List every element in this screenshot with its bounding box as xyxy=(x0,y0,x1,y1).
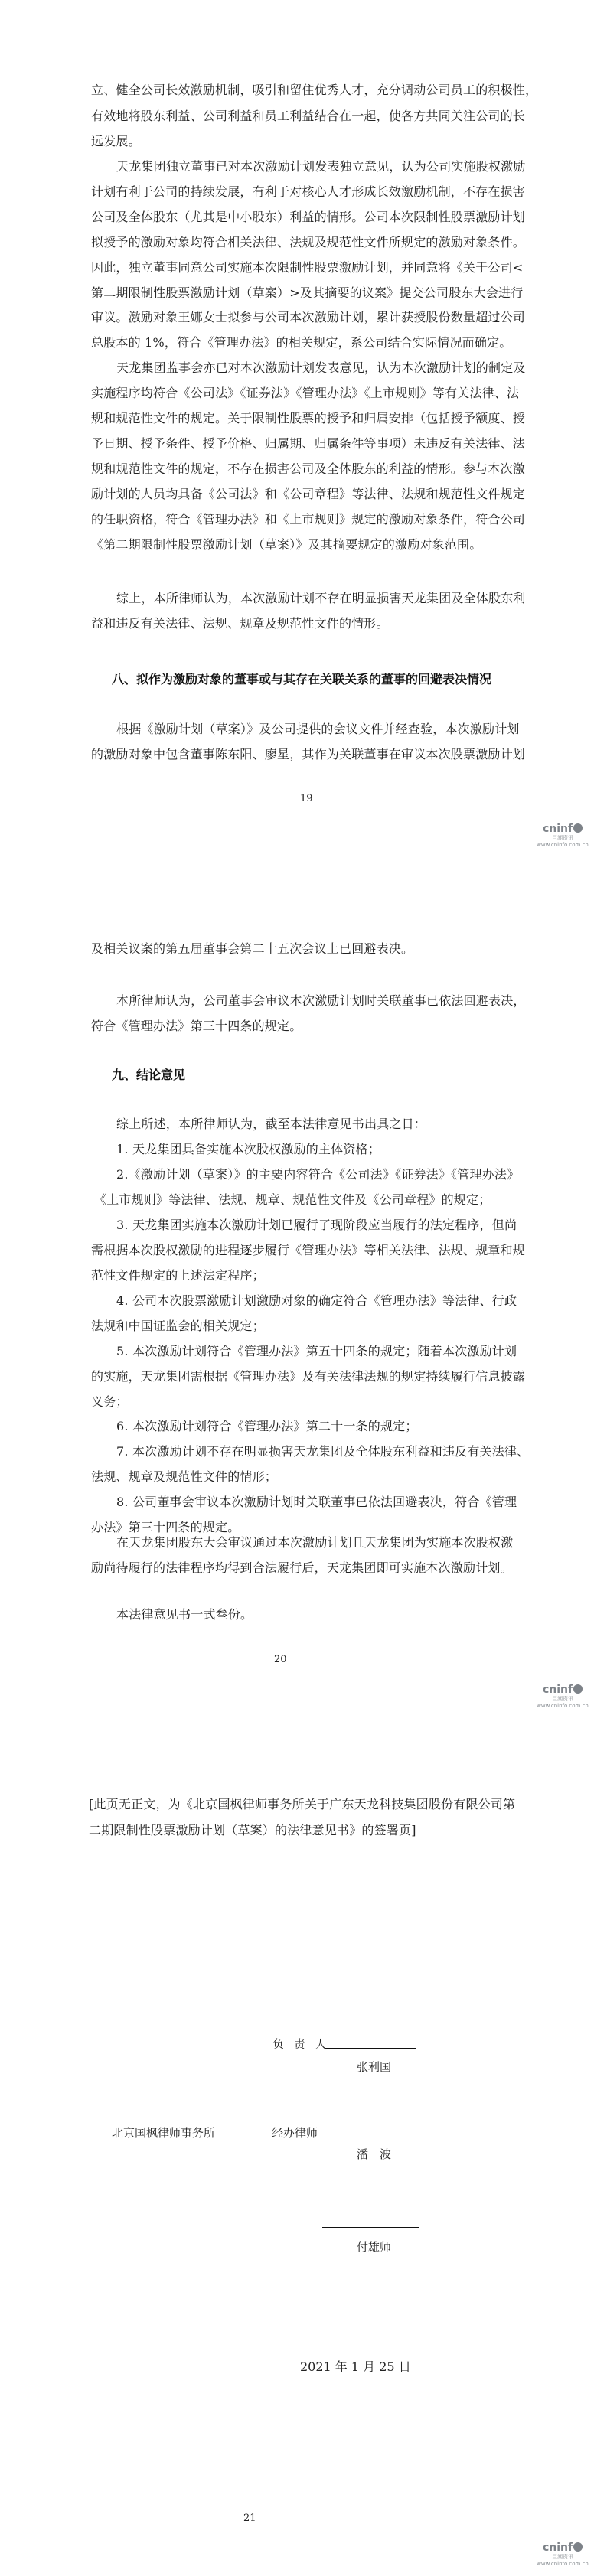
responsible-person-label: 负 责 人 xyxy=(272,2036,330,2052)
body-text-line: 计划有利于公司的持续发展，有利于对核心人才形成长效激励机制，不存在损害 xyxy=(91,184,511,200)
conclusion-item-line: 法规、规章及规范性文件的情形； xyxy=(91,1469,511,1485)
body-text-line: 有效地将股东利益、公司利益和员工利益结合在一起，使各方共同关注公司的长 xyxy=(91,109,511,124)
body-text-line: 审议。激励对象王娜女士拟参与公司本次激励计划，累计获授股份数量超过公司 xyxy=(91,310,511,325)
watermark-chinese: 巨潮资讯 xyxy=(521,835,605,842)
page-number: 20 xyxy=(274,1654,287,1665)
body-text-line: 远发展。 xyxy=(91,134,511,149)
body-text-line: 益和违反有关法律、法规、规章及规范性文件的情形。 xyxy=(91,616,511,631)
body-text-line: 根据《激励计划（草案）》及公司提供的会议文件并经查验，本次激励计划 xyxy=(116,722,511,737)
body-text-line: 规和规范性文件的规定。关于限制性股票的授予和归属安排（包括授予额度、授 xyxy=(91,411,511,426)
body-text-line: 及相关议案的第五届董事会第二十五次会议上已回避表决。 xyxy=(91,941,511,957)
conclusion-item-line: 2.《激励计划（草案）》的主要内容符合《公司法》《证券法》《管理办法》 xyxy=(116,1167,511,1182)
body-text-line: 予日期、授予条件、授予价格、归属期、归属条件等事项）未违反有关法律、法 xyxy=(91,436,511,452)
conclusion-item-line: 在天龙集团股东大会审议通过本次激励计划且天龙集团为实施本次股权激 xyxy=(116,1535,511,1550)
conclusion-item-line: 3. 天龙集团实施本次激励计划已履行了现阶段应当履行的法定程序，但尚 xyxy=(116,1218,511,1233)
body-text-line: 的激励对象中包含董事陈东阳、廖星，其作为关联董事在审议本次股票激励计划 xyxy=(91,747,511,762)
signature-note-line: 二期限制性股票激励计划（草案）的法律意见书》的签署页] xyxy=(89,1823,508,1838)
law-firm-name: 北京国枫律师事务所 xyxy=(112,2124,215,2141)
signature-line xyxy=(325,2137,416,2137)
cninfo-logo-icon: cninf xyxy=(521,2542,605,2554)
body-text-line: 因此，独立董事同意公司实施本次限制性股票激励计划，并同意将《关于公司< xyxy=(91,260,511,276)
body-text-line: 综上所述，本所律师认为，截至本法律意见书出具之日： xyxy=(116,1117,511,1132)
watermark-brand: cninf xyxy=(543,2542,573,2554)
body-text-line: 公司及全体股东（尤其是中小股东）利益的情形。公司本次限制性股票激励计划 xyxy=(91,210,511,225)
body-text-line: 本所律师认为，公司董事会审议本次激励计划时关联董事已依法回避表决， xyxy=(116,993,511,1009)
cninfo-watermark: cninf 巨潮资讯 www.cninfo.com.cn xyxy=(521,2542,605,2568)
responsible-person-name: 张利国 xyxy=(357,2059,391,2075)
signature-note-line: [此页无正文，为《北京国枫律师事务所关于广东天龙科技集团股份有限公司第 xyxy=(89,1797,508,1812)
watermark-chinese: 巨潮资讯 xyxy=(521,2554,605,2561)
body-text-line: 实施程序均符合《公司法》《证券法》《管理办法》《上市规则》等有关法律、法 xyxy=(91,386,511,401)
body-text-line: 综上，本所律师认为，本次激励计划不存在明显损害天龙集团及全体股东利 xyxy=(116,591,511,606)
conclusion-item-line: 办法》第三十四条的规定。 xyxy=(91,1520,511,1535)
page-number: 19 xyxy=(300,793,313,804)
conclusion-item-line: 励尚待履行的法律程序均得到合法履行后，天龙集团即可实施本次激励计划。 xyxy=(91,1560,511,1576)
conclusion-item-line: 法规和中国证监会的相关规定； xyxy=(91,1319,511,1334)
cninfo-watermark: cninf 巨潮资讯 www.cninfo.com.cn xyxy=(521,823,605,849)
body-text-line: 拟授予的激励对象均符合相关法律、法规及规范性文件所规定的激励对象条件。 xyxy=(91,235,511,250)
section-heading-9: 九、结论意见 xyxy=(112,1065,185,1083)
body-text-line: 立、健全公司长效激励机制，吸引和留住优秀人才，充分调动公司员工的积极性， xyxy=(91,83,511,98)
body-text-line: 天龙集团监事会亦已对本次激励计划发表意见，认为本次激励计划的制定及 xyxy=(116,360,511,376)
lawyer-name-2: 付雄师 xyxy=(357,2239,391,2255)
conclusion-item-line: 6. 本次激励计划符合《管理办法》第二十一条的规定； xyxy=(116,1419,511,1434)
watermark-url: www.cninfo.com.cn xyxy=(521,842,605,849)
body-text-line: 第二期限制性股票激励计划（草案）>及其摘要的议案》提交公司股东大会进行 xyxy=(91,285,511,301)
watermark-url: www.cninfo.com.cn xyxy=(521,1703,605,1710)
cninfo-logo-icon: cninf xyxy=(521,823,605,835)
body-text-line: 天龙集团独立董事已对本次激励计划发表独立意见，认为公司实施股权激励 xyxy=(116,159,511,174)
watermark-url: www.cninfo.com.cn xyxy=(521,2561,605,2568)
lawyer-name-1: 潘 波 xyxy=(357,2146,391,2162)
conclusion-item-line: 5. 本次激励计划符合《管理办法》第五十四条的规定；随着本次激励计划 xyxy=(116,1344,511,1359)
cninfo-watermark: cninf 巨潮资讯 www.cninfo.com.cn xyxy=(521,1684,605,1710)
conclusion-item-line: 《上市规则》等法律、法规、规章、规范性文件及《公司章程》的规定； xyxy=(94,1192,514,1208)
body-text-line: 《第二期限制性股票激励计划（草案）》及其摘要规定的激励对象范围。 xyxy=(91,537,511,553)
watermark-brand: cninf xyxy=(543,823,573,835)
conclusion-item-line: 范性文件规定的上述法定程序； xyxy=(91,1268,511,1283)
cninfo-logo-icon: cninf xyxy=(521,1684,605,1696)
conclusion-item-line: 7. 本次激励计划不存在明显损害天龙集团及全体股东利益和违反有关法律、 xyxy=(116,1444,511,1459)
section-heading-8: 八、拟作为激励对象的董事或与其存在关联关系的董事的回避表决情况 xyxy=(112,670,491,687)
body-text-line: 总股本的 1%，符合《管理办法》的相关规定，系公司结合实际情况而确定。 xyxy=(91,335,511,351)
signature-date: 2021 年 1 月 25 日 xyxy=(300,2357,411,2375)
conclusion-item-line: 1. 天龙集团具备实施本次股权激励的主体资格； xyxy=(116,1142,511,1157)
body-text-line: 的任职资格，符合《管理办法》和《上市规则》规定的激励对象条件，符合公司 xyxy=(91,512,511,527)
body-text-line: 本法律意见书一式叁份。 xyxy=(116,1607,511,1622)
conclusion-item-line: 8. 公司董事会审议本次激励计划时关联董事已依法回避表决，符合《管理 xyxy=(116,1495,511,1510)
body-text-line: 规和规范性文件的规定，不存在损害公司及全体股东的利益的情形。参与本次激 xyxy=(91,461,511,477)
signature-line xyxy=(325,2048,416,2049)
conclusion-item-line: 4. 公司本次股票激励计划激励对象的确定符合《管理办法》等法律、行政 xyxy=(116,1293,511,1309)
conclusion-item-line: 的实施，天龙集团需根据《管理办法》及有关法律法规的规定持续履行信息披露 xyxy=(91,1369,511,1384)
signature-line xyxy=(322,2227,419,2228)
conclusion-item-line: 义务； xyxy=(91,1394,511,1410)
body-text-line: 符合《管理办法》第三十四条的规定。 xyxy=(91,1019,511,1034)
conclusion-item-line: 需根据本次股权激励的进程逐步履行《管理办法》等相关法律、法规、规章和规 xyxy=(91,1243,511,1258)
watermark-chinese: 巨潮资讯 xyxy=(521,1696,605,1703)
body-text-line: 励计划的人员均具备《公司法》和《公司章程》等法律、法规和规范性文件规定 xyxy=(91,487,511,502)
watermark-brand: cninf xyxy=(543,1684,573,1696)
page-number: 21 xyxy=(243,2512,256,2524)
handling-lawyer-label: 经办律师 xyxy=(272,2124,318,2141)
